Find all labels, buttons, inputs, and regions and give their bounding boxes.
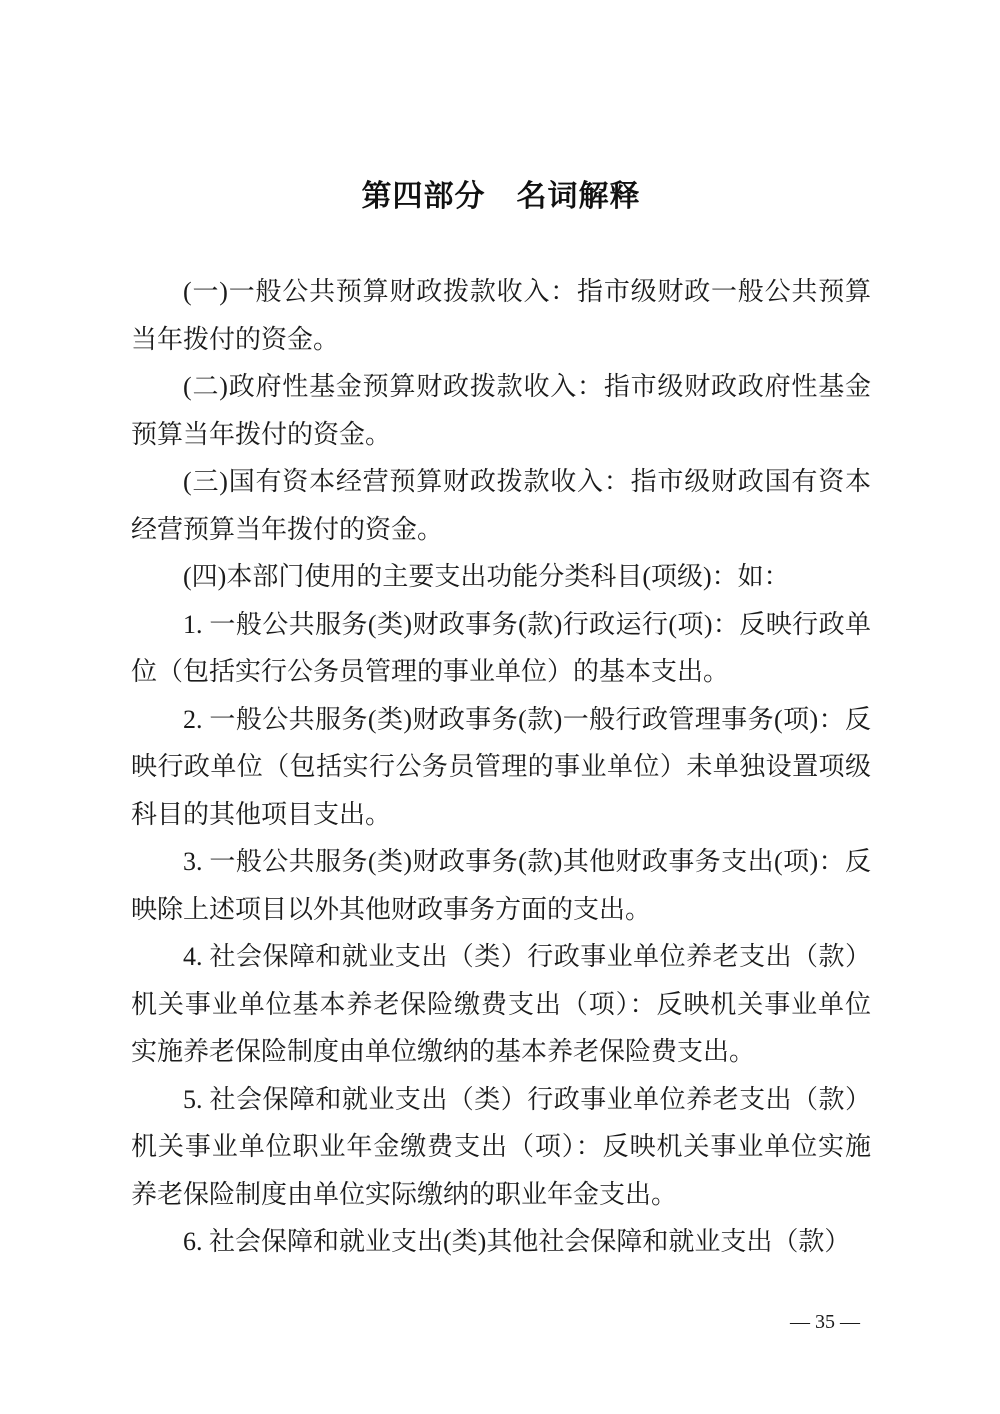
page-number: — 35 — (790, 1310, 860, 1334)
paragraph-definition-4: (四)本部门使用的主要支出功能分类科目(项级)：如： (131, 553, 871, 601)
page-title: 第四部分 名词解释 (131, 180, 871, 214)
paragraph-item-5: 5. 社会保障和就业支出（类）行政事业单位养老支出（款）机关事业单位职业年金缴费… (131, 1076, 871, 1219)
paragraph-item-1: 1. 一般公共服务(类)财政事务(款)行政运行(项)：反映行政单位（包括实行公务… (131, 601, 871, 696)
paragraph-item-2: 2. 一般公共服务(类)财政事务(款)一般行政管理事务(项)：反映行政单位（包括… (131, 696, 871, 839)
paragraph-item-4: 4. 社会保障和就业支出（类）行政事业单位养老支出（款）机关事业单位基本养老保险… (131, 933, 871, 1076)
paragraph-definition-2: (二)政府性基金预算财政拨款收入：指市级财政政府性基金预算当年拨付的资金。 (131, 363, 871, 458)
paragraph-item-3: 3. 一般公共服务(类)财政事务(款)其他财政事务支出(项)：反映除上述项目以外… (131, 838, 871, 933)
document-body: (一)一般公共预算财政拨款收入：指市级财政一般公共预算当年拨付的资金。 (二)政… (131, 268, 871, 1266)
document-page: 第四部分 名词解释 (一)一般公共预算财政拨款收入：指市级财政一般公共预算当年拨… (0, 0, 1000, 1414)
paragraph-definition-3: (三)国有资本经营预算财政拨款收入：指市级财政国有资本经营预算当年拨付的资金。 (131, 458, 871, 553)
paragraph-definition-1: (一)一般公共预算财政拨款收入：指市级财政一般公共预算当年拨付的资金。 (131, 268, 871, 363)
paragraph-item-6: 6. 社会保障和就业支出(类)其他社会保障和就业支出（款） (131, 1218, 871, 1266)
